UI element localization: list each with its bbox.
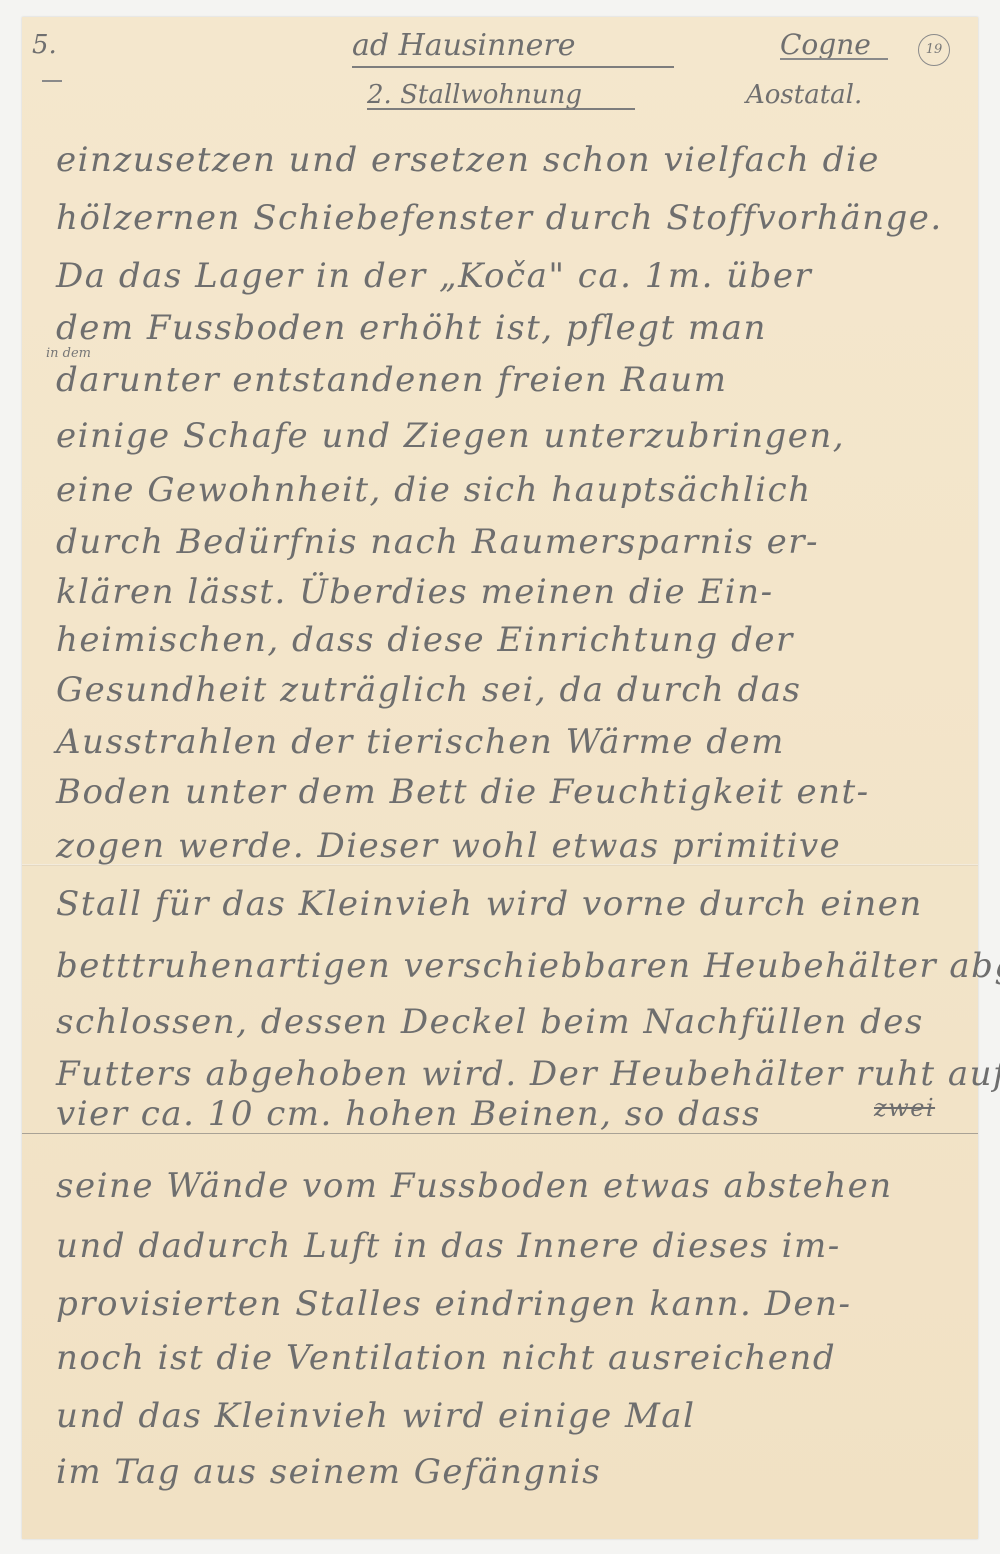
region-name: Aostatal. <box>746 80 862 110</box>
text-line: zogen werde. Dieser wohl etwas primitive <box>56 826 841 866</box>
page-number-underline <box>42 80 62 82</box>
text-line: noch ist die Ventilation nicht ausreiche… <box>56 1338 836 1378</box>
place-name: Cogne <box>780 28 871 61</box>
text-line: Stall für das Kleinvieh wird vorne durch… <box>56 884 923 924</box>
text-line: und dadurch Luft in das Innere dieses im… <box>56 1226 841 1266</box>
text-line: darunter entstandenen freien Raum <box>56 360 727 400</box>
section-title-underline <box>352 66 674 68</box>
section-title: ad Hausinnere <box>352 28 575 63</box>
text-line: provisierten Stalles eindringen kann. De… <box>56 1284 851 1324</box>
place-name-underline <box>780 58 888 60</box>
struck-out-word: zwei <box>874 1094 935 1122</box>
text-line: vier ca. 10 cm. hohen Beinen, so dass <box>56 1094 761 1134</box>
text-line: einige Schafe und Ziegen unterzubringen, <box>56 416 845 456</box>
text-line: Ausstrahlen der tierischen Wärme dem <box>56 722 785 762</box>
interlinear-insertion: in dem <box>46 346 91 361</box>
text-line: Futters abgehoben wird. Der Heubehälter … <box>56 1054 1000 1094</box>
folio-number-circled: 19 <box>918 34 950 66</box>
text-line: heimischen, dass diese Einrichtung der <box>56 620 794 660</box>
text-line: schlossen, dessen Deckel beim Nachfüllen… <box>56 1002 924 1042</box>
text-line: Gesundheit zuträglich sei, da durch das <box>56 670 801 710</box>
section-subtitle-underline <box>367 108 635 110</box>
text-line: durch Bedürfnis nach Raumersparnis er- <box>56 522 819 562</box>
text-line: einzusetzen und ersetzen schon vielfach … <box>56 140 880 180</box>
text-line: und das Kleinvieh wird einige Mal <box>56 1396 695 1436</box>
text-line: hölzernen Schiebefenster durch Stoffvorh… <box>56 198 943 238</box>
text-line: dem Fussboden erhöht ist, pflegt man <box>56 308 767 348</box>
section-subtitle: 2. Stallwohnung <box>367 80 582 110</box>
text-line: eine Gewohnheit, die sich hauptsächlich <box>56 470 812 510</box>
page-number: 5. <box>32 30 57 60</box>
text-line: im Tag aus seinem Gefängnis <box>56 1452 601 1492</box>
text-line: Boden unter dem Bett die Feuchtigkeit en… <box>56 772 870 812</box>
text-line: betttruhenartigen verschiebbaren Heubehä… <box>56 946 1000 986</box>
text-line: Da das Lager in der „Koča" ca. 1m. über <box>56 256 812 296</box>
text-line: seine Wände vom Fussboden etwas abstehen <box>56 1166 893 1206</box>
text-line: klären lässt. Überdies meinen die Ein- <box>56 572 774 612</box>
